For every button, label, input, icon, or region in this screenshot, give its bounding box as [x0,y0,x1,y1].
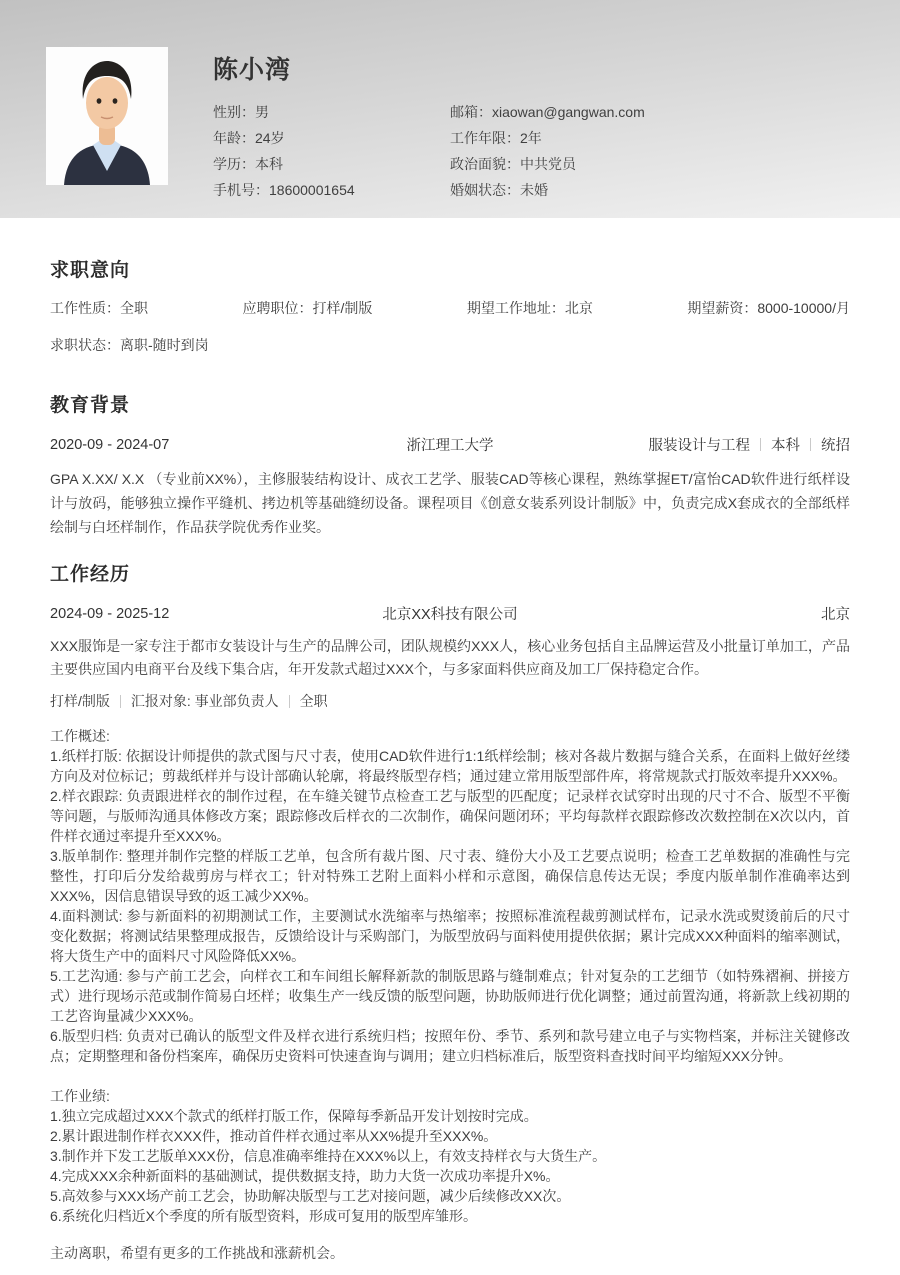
info-field-political-status: 政治面貌：中共党员 [450,151,645,177]
work-overview: 工作概述: 1.纸样打版: 依据设计师提供的款式图与尺寸表，使用CAD软件进行1… [50,726,850,1066]
job-intention-row-1: 工作性质：全职 应聘职位：打样/制版 期望工作地址：北京 期望薪资：8000-1… [50,298,850,318]
field-expected-salary: 期望薪资：8000-10000/月 [687,298,850,318]
info-value: 18600001654 [269,182,355,198]
info-field-email: 邮箱：xiaowan@gangwan.com [450,99,645,125]
work-company: 北京XX科技有限公司 [50,603,850,624]
education-degree: 本科 [771,434,800,455]
education-period: 2020-09 - 2024-07 [50,437,169,453]
info-label: 政治面貌： [450,156,520,172]
info-label: 婚姻状态： [450,182,520,198]
job-intention-row-2: 求职状态：离职-随时到岗 [50,335,850,355]
field-job-status: 求职状态：离职-随时到岗 [50,337,209,353]
personal-info-right-column: 邮箱：xiaowan@gangwan.com 工作年限：2年 政治面貌：中共党员… [450,99,645,203]
candidate-name: 陈小湾 [213,50,850,86]
info-value: 24岁 [255,130,285,146]
work-overview-item: 5.工艺沟通: 参与产前工艺会，向样衣工和车间组长解释新款的制版思路与缝制难点；… [50,966,850,1026]
work-achievements: 工作业绩: 1.独立完成超过XXX个款式的纸样打版工作，保障每季新品开发计划按时… [50,1086,850,1226]
work-overview-item: 3.版单制作: 整理并制作完整的样版工艺单，包含所有裁片图、尺寸表、缝份大小及工… [50,846,850,906]
position-line: 打样/制版 汇报对象: 事业部负责人 全职 [50,691,850,711]
work-achievements-heading: 工作业绩: [50,1086,850,1106]
section-title-education: 教育背景 [50,390,850,417]
field-value: 北京 [565,300,593,316]
section-work-experience: 工作经历 2024-09 - 2025-12 北京XX科技有限公司 北京 XXX… [50,559,850,1263]
education-meta-right: 服装设计与工程 本科 统招 [649,434,851,455]
info-field-work-years: 工作年限：2年 [450,125,645,151]
info-label: 手机号： [213,182,269,198]
info-field-gender: 性别：男 [213,99,450,125]
work-overview-item: 4.面料测试: 参与新面料的初期测试工作，主要测试水洗缩率与热缩率；按照标准流程… [50,906,850,966]
work-achievement-item: 3.制作并下发工艺版单XXX份，信息准确率维持在XXX%以上，有效支持样衣与大货… [50,1146,850,1166]
education-enrollment-type: 统招 [821,434,850,455]
field-work-type: 工作性质：全职 [50,298,148,318]
info-label: 学历： [213,156,255,172]
position-title: 打样/制版 [50,691,110,711]
education-major: 服装设计与工程 [649,434,751,455]
info-field-education-level: 学历：本科 [213,151,450,177]
info-value: xiaowan@gangwan.com [492,104,645,120]
section-title-job-intention: 求职意向 [50,255,850,282]
work-achievement-item: 5.高效参与XXX场产前工艺会，协助解决版型与工艺对接问题，减少后续修改XX次。 [50,1186,850,1206]
resume-body: 求职意向 工作性质：全职 应聘职位：打样/制版 期望工作地址：北京 期望薪资：8… [0,255,900,1263]
field-value: 打样/制版 [312,300,372,316]
info-label: 邮箱： [450,104,492,120]
divider [289,695,290,708]
section-education: 教育背景 2020-09 - 2024-07 浙江理工大学 服装设计与工程 本科… [50,390,850,539]
divider [760,438,761,451]
info-label: 工作年限： [450,130,520,146]
field-value: 全职 [120,300,148,316]
info-value: 中共党员 [520,156,576,172]
field-target-location: 期望工作地址：北京 [467,298,593,318]
work-location: 北京 [821,603,850,624]
job-type: 全职 [300,691,328,711]
work-achievement-item: 4.完成XXX余种新面料的基础测试，提供数据支持，助力大货一次成功率提升X%。 [50,1166,850,1186]
divider [120,695,121,708]
work-overview-item: 6.版型归档: 负责对已确认的版型文件及样衣进行系统归档；按照年份、季节、系列和… [50,1026,850,1066]
report-to: 汇报对象: 事业部负责人 [131,691,279,711]
info-label: 年龄： [213,130,255,146]
work-overview-item: 1.纸样打版: 依据设计师提供的款式图与尺寸表，使用CAD软件进行1:1纸样绘制… [50,746,850,786]
info-field-phone: 手机号：18600001654 [213,177,450,203]
work-achievement-item: 2.累计跟进制作样衣XXX件，推动首件样衣通过率从XX%提升至XXX%。 [50,1126,850,1146]
work-overview-heading: 工作概述: [50,726,850,746]
field-label: 求职状态： [50,337,120,353]
work-period: 2024-09 - 2025-12 [50,606,169,622]
field-label: 期望工作地址： [467,300,565,316]
company-intro: XXX服饰是一家专注于都市女装设计与生产的品牌公司，团队规模约XXX人，核心业务… [50,635,850,681]
section-title-work-experience: 工作经历 [50,559,850,586]
resume-header: 陈小湾 性别：男 年龄：24岁 学历：本科 手机号：18600001654 邮箱… [0,0,900,218]
personal-info: 性别：男 年龄：24岁 学历：本科 手机号：18600001654 邮箱：xia… [213,99,850,203]
field-target-position: 应聘职位：打样/制版 [242,298,372,318]
work-achievement-item: 1.独立完成超过XXX个款式的纸样打版工作，保障每季新品开发计划按时完成。 [50,1106,850,1126]
field-value: 离职-随时到岗 [120,337,209,353]
field-value: 8000-10000/月 [757,300,850,316]
education-meta-row: 2020-09 - 2024-07 浙江理工大学 服装设计与工程 本科 统招 [50,434,850,455]
info-field-age: 年龄：24岁 [213,125,450,151]
info-field-marital-status: 婚姻状态：未婚 [450,177,645,203]
work-meta-row: 2024-09 - 2025-12 北京XX科技有限公司 北京 [50,603,850,624]
education-description: GPA X.XX/ X.X （专业前XX%），主修服装结构设计、成衣工艺学、服装… [50,467,850,539]
divider [810,438,811,451]
field-label: 工作性质： [50,300,120,316]
info-value: 2年 [520,130,542,146]
section-job-intention: 求职意向 工作性质：全职 应聘职位：打样/制版 期望工作地址：北京 期望薪资：8… [50,255,850,355]
info-value: 未婚 [520,182,548,198]
header-text: 陈小湾 性别：男 年龄：24岁 学历：本科 手机号：18600001654 邮箱… [213,50,850,203]
field-label: 期望薪资： [687,300,757,316]
field-label: 应聘职位： [242,300,312,316]
info-value: 男 [255,104,269,120]
info-label: 性别： [213,104,255,120]
profile-photo [46,47,168,185]
profile-photo-image [46,47,168,185]
work-overview-item: 2.样衣跟踪: 负责跟进样衣的制作过程，在车缝关键节点检查工艺与版型的匹配度；记… [50,786,850,846]
personal-info-left-column: 性别：男 年龄：24岁 学历：本科 手机号：18600001654 [213,99,450,203]
work-achievement-item: 6.系统化归档近X个季度的所有版型资料，形成可复用的版型库雏形。 [50,1206,850,1226]
leaving-reason: 主动离职，希望有更多的工作挑战和涨薪机会。 [50,1243,850,1263]
info-value: 本科 [255,156,283,172]
